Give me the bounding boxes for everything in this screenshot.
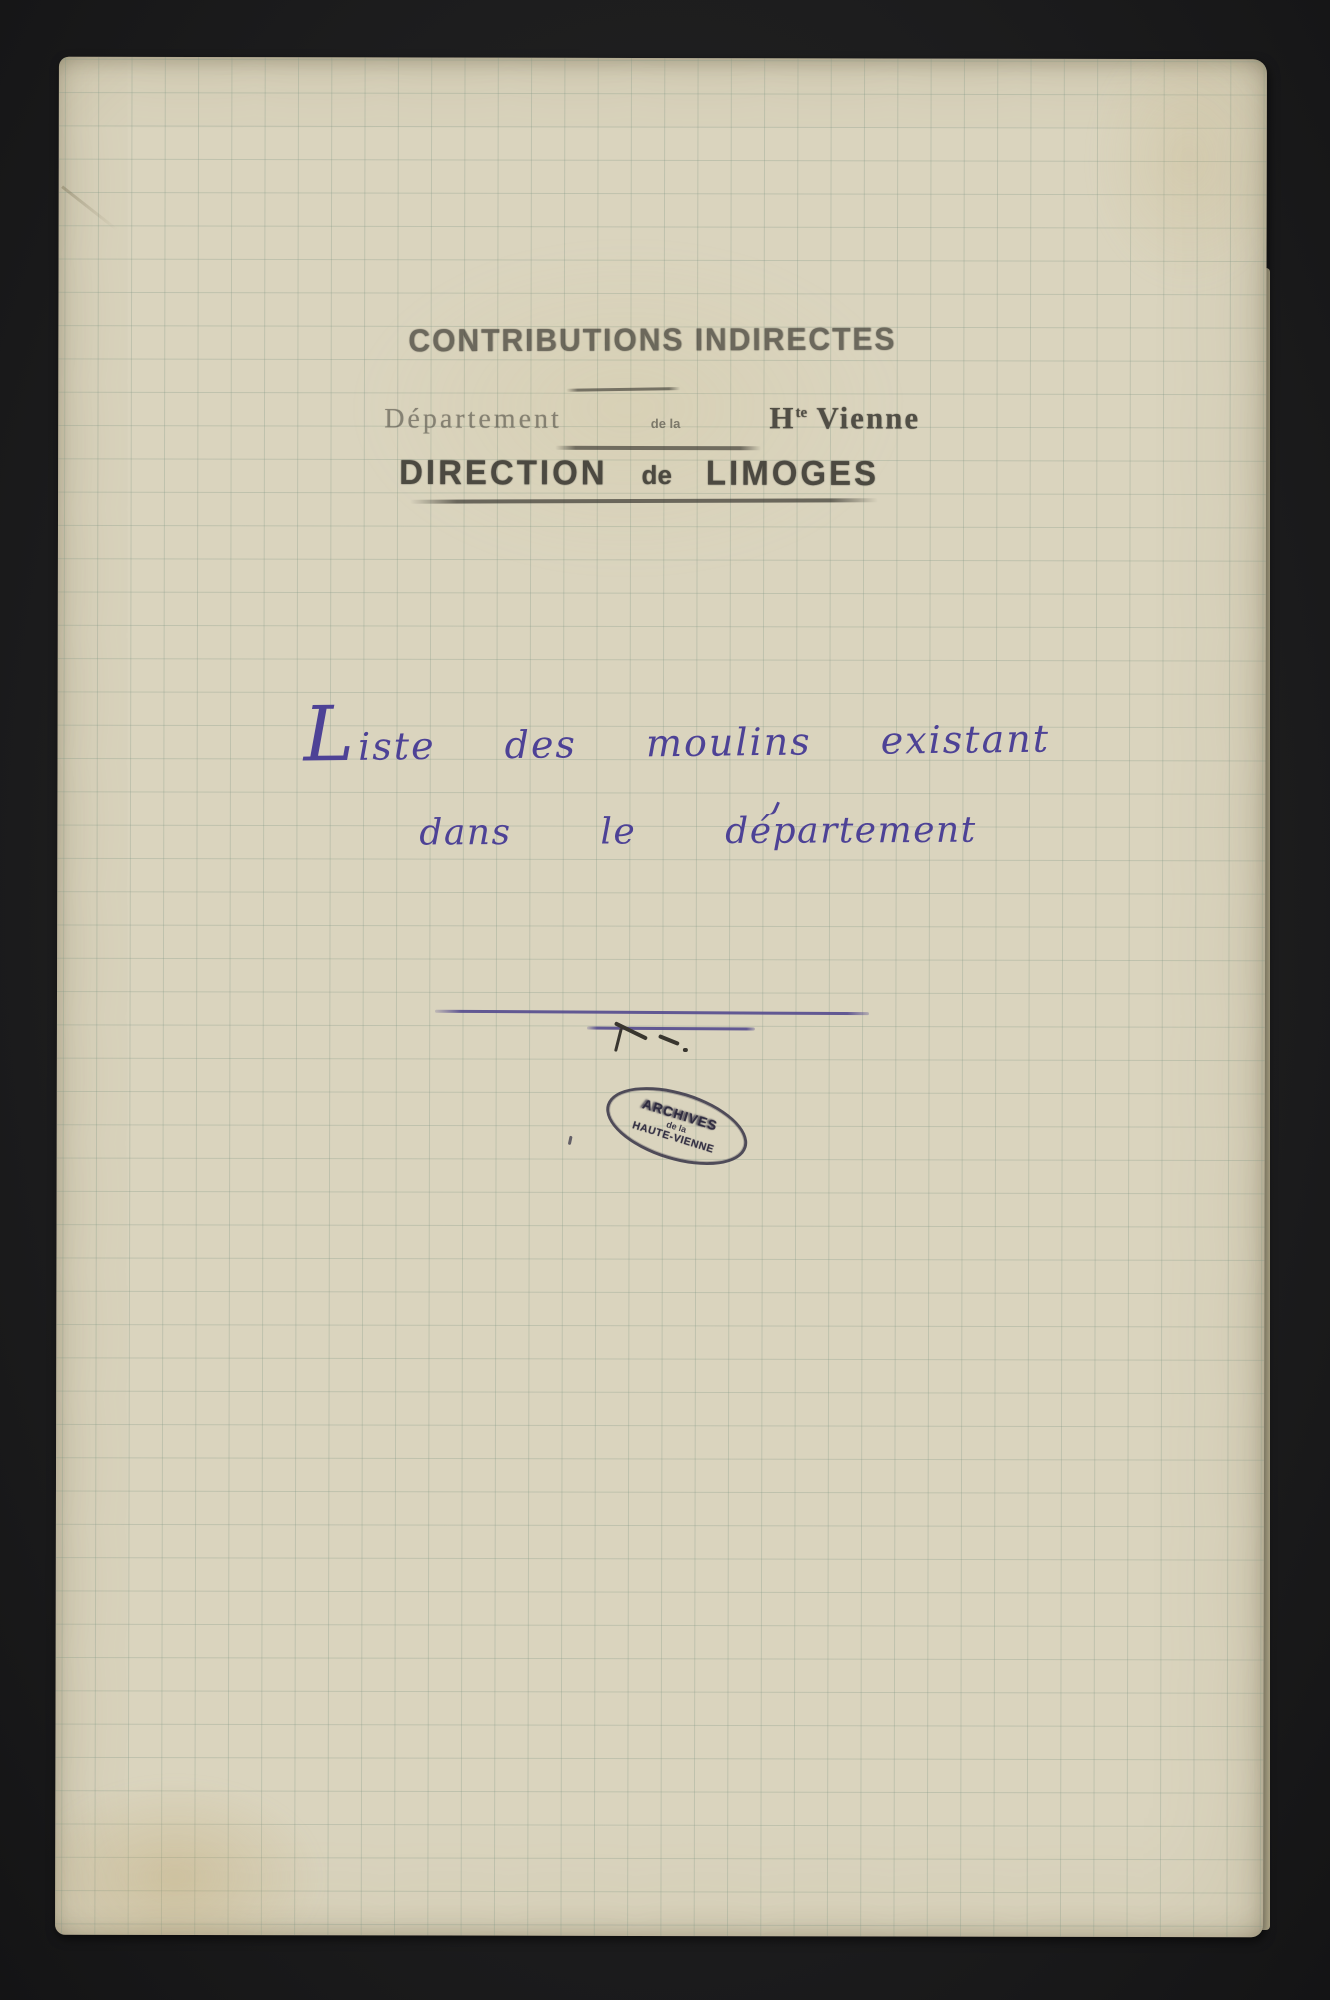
handwritten-title-line2: dans le département [419, 809, 977, 856]
stamp-de-la-word: de la [651, 416, 681, 431]
stamp-direction-word: DIRECTION [399, 453, 608, 493]
handwritten-title-line1: Liste des moulins existant [303, 684, 1050, 790]
stamp-direction-limoges: DIRECTION de LIMOGES [399, 453, 879, 492]
stamp-departement-line: Département de la Hte Vienne [384, 399, 920, 436]
stamp-de-word: de [642, 460, 672, 491]
photo-backdrop: CONTRIBUTIONS INDIRECTES Département de … [0, 0, 1330, 2000]
stamp-te-superscript: te [795, 405, 807, 421]
stamp-h-letter: H [769, 400, 795, 435]
stamp-vienne-word: Vienne [816, 400, 920, 435]
stamp-limoges-word: LIMOGES [706, 453, 879, 493]
stamp-rule-2 [555, 446, 761, 450]
stamp-contributions-indirectes: CONTRIBUTIONS INDIRECTES [408, 322, 878, 360]
notebook-cover-page: CONTRIBUTIONS INDIRECTES Département de … [55, 57, 1267, 1938]
pen-dot [683, 1048, 688, 1052]
stamp-departement-word: Département [384, 403, 562, 435]
stamp-haute-vienne-word: Hte Vienne [769, 400, 920, 436]
